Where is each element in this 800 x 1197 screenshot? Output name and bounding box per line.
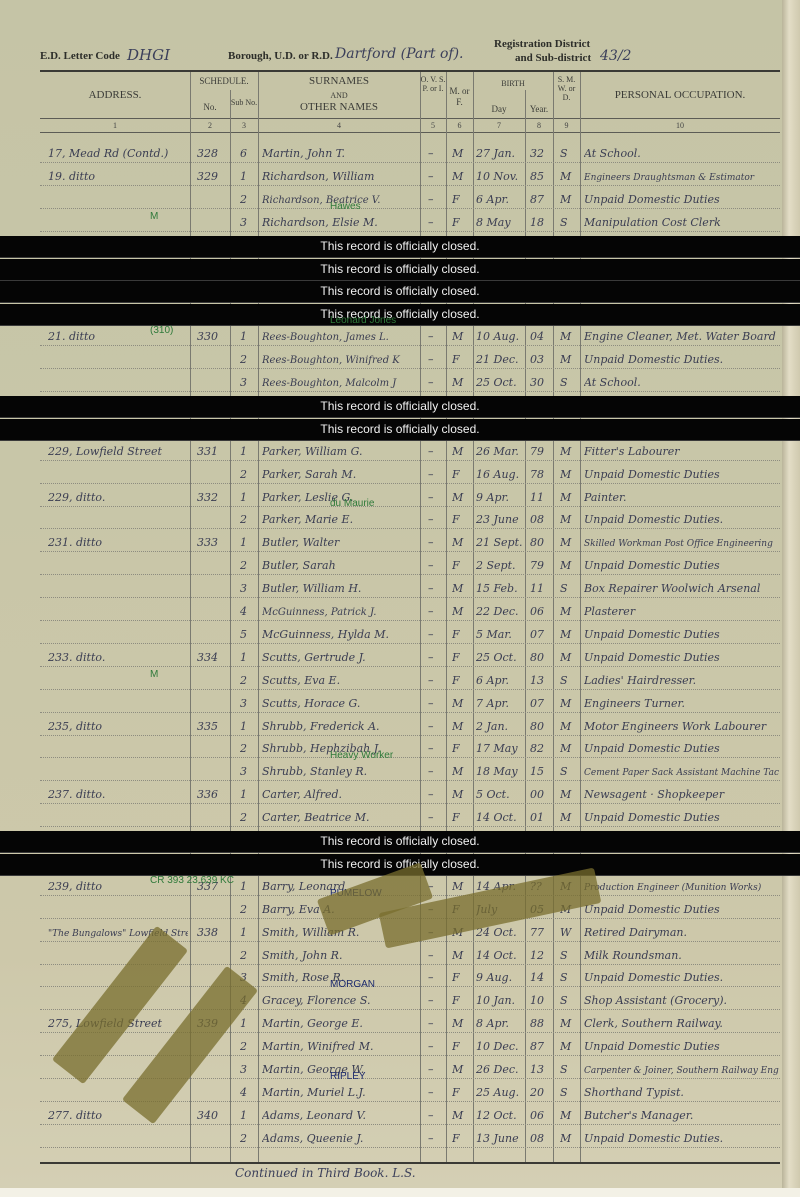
cell-ovspi: – [428, 994, 442, 1007]
cell-name: Parker, William G. [262, 445, 418, 458]
cell-birth-year: 20 [530, 1086, 552, 1099]
cell-birth-day: 9 Apr. [476, 491, 524, 504]
cell-name: Adams, Leonard V. [262, 1109, 418, 1122]
cell-sex: M [452, 582, 470, 595]
cell-birth-day: 10 Jan. [476, 994, 524, 1007]
cell-birth-year: 80 [530, 720, 552, 733]
cell-address: 229, ditto. [48, 491, 188, 504]
census-row: 235, ditto3351Shrubb, Frederick A.–M2 Ja… [40, 713, 780, 736]
cell-marital: S [560, 147, 578, 160]
cell-birth-day: 21 Sept. [476, 536, 524, 549]
cell-ovspi: – [428, 1040, 442, 1053]
cell-marital: S [560, 971, 578, 984]
cell-sub-no: 4 [240, 1086, 256, 1099]
census-row: 2Martin, Winifred M.–F10 Dec.87MUnpaid D… [40, 1033, 780, 1056]
census-row: 17, Mead Rd (Contd.)3286Martin, John T.–… [40, 140, 780, 163]
cell-marital: M [560, 330, 578, 343]
cell-sex: M [452, 880, 470, 893]
cell-sex: M [452, 720, 470, 733]
cell-birth-day: 17 May [476, 742, 524, 755]
cell-birth-year: 80 [530, 536, 552, 549]
census-row: 3Butler, William H.–M15 Feb.11SBox Repai… [40, 575, 780, 598]
column-header-sub-no: Sub No. [230, 97, 258, 108]
cell-sub-no: 2 [240, 353, 256, 366]
cell-name: Parker, Marie E. [262, 513, 418, 526]
cell-birth-year: 11 [530, 491, 552, 504]
census-row: 237. ditto.3361Carter, Alfred.–M5 Oct.00… [40, 781, 780, 804]
cell-marital: S [560, 765, 578, 778]
cell-ovspi: – [428, 765, 442, 778]
cell-occupation: Shop Assistant (Grocery). [584, 994, 779, 1007]
cell-sex: F [452, 674, 470, 687]
cell-ovspi: – [428, 651, 442, 664]
cell-address: 231. ditto [48, 536, 188, 549]
census-row: 2Parker, Sarah M.–F16 Aug.78MUnpaid Dome… [40, 461, 780, 484]
closed-record-banner: This record is officially closed. [0, 281, 800, 303]
cell-name: Carter, Alfred. [262, 788, 418, 801]
cell-sub-no: 2 [240, 193, 256, 206]
cell-birth-year: 79 [530, 559, 552, 572]
cell-occupation: Unpaid Domestic Duties [584, 468, 779, 481]
cell-schedule-no: 333 [197, 536, 229, 549]
cell-sub-no: 4 [240, 605, 256, 618]
cell-name: Adams, Queenie J. [262, 1132, 418, 1145]
cell-sex: M [452, 536, 470, 549]
cell-occupation: At School. [584, 376, 779, 389]
cell-birth-day: 2 Jan. [476, 720, 524, 733]
cell-birth-year: 12 [530, 949, 552, 962]
cell-sex: F [452, 971, 470, 984]
cell-ovspi: – [428, 628, 442, 641]
cell-birth-year: 87 [530, 1040, 552, 1053]
cell-birth-day: 23 June [476, 513, 524, 526]
census-row: 5McGuinness, Hylda M.–F5 Mar.07MUnpaid D… [40, 621, 780, 644]
cell-sex: F [452, 628, 470, 641]
cell-birth-day: 13 June [476, 1132, 524, 1145]
borough-value: Dartford (Part of). [335, 46, 464, 62]
cell-sex: F [452, 742, 470, 755]
cell-sub-no: 2 [240, 468, 256, 481]
cell-sex: M [452, 1109, 470, 1122]
cell-sex: M [452, 170, 470, 183]
cell-occupation: Fitter's Labourer [584, 445, 779, 458]
census-row: 3Rees-Boughton, Malcolm J–M25 Oct.30SAt … [40, 369, 780, 392]
cell-birth-year: 80 [530, 651, 552, 664]
census-row: 2Shrubb, Hephzibah J.–F17 May82MUnpaid D… [40, 735, 780, 758]
cell-sub-no: 2 [240, 811, 256, 824]
cell-sex: M [452, 376, 470, 389]
footer-note: Continued in Third Book. L.S. [235, 1166, 416, 1180]
census-row: 275, Lowfield Street3391Martin, George E… [40, 1010, 780, 1033]
page-edge [782, 0, 800, 1197]
census-row: 229, Lowfield Street3311Parker, William … [40, 438, 780, 461]
cell-birth-year: 07 [530, 697, 552, 710]
cell-ovspi: – [428, 559, 442, 572]
cell-sub-no: 1 [240, 1109, 256, 1122]
cell-sex: M [452, 147, 470, 160]
cell-name: Butler, Walter [262, 536, 418, 549]
cell-occupation: Unpaid Domestic Duties [584, 651, 779, 664]
cell-ovspi: – [428, 605, 442, 618]
cell-birth-year: 77 [530, 926, 552, 939]
cell-marital: S [560, 1063, 578, 1076]
cell-birth-year: 82 [530, 742, 552, 755]
cell-birth-year: 13 [530, 674, 552, 687]
cell-ovspi: – [428, 811, 442, 824]
column-number-rule [40, 132, 780, 133]
cell-ovspi: – [428, 513, 442, 526]
cell-birth-day: 2 Sept. [476, 559, 524, 572]
cell-sub-no: 1 [240, 651, 256, 664]
cell-marital: M [560, 559, 578, 572]
cell-sex: F [452, 994, 470, 1007]
cell-address: 17, Mead Rd (Contd.) [48, 147, 188, 160]
cell-marital: M [560, 1109, 578, 1122]
cell-sub-no: 1 [240, 491, 256, 504]
cell-address: 233. ditto. [48, 651, 188, 664]
name-correction-annotation: Hawes [330, 201, 361, 212]
margin-annotation: CR 393 23.639 KC [150, 875, 234, 886]
cell-occupation: Newsagent · Shopkeeper [584, 788, 779, 801]
column-number: 10 [580, 121, 780, 130]
cell-marital: M [560, 445, 578, 458]
cell-ovspi: – [428, 216, 442, 229]
cell-ovspi: – [428, 1017, 442, 1030]
cell-marital: M [560, 170, 578, 183]
cell-occupation: Unpaid Domestic Duties. [584, 513, 779, 526]
cell-birth-day: 18 May [476, 765, 524, 778]
cell-ovspi: – [428, 1132, 442, 1145]
cell-name: Martin, Muriel L.J. [262, 1086, 418, 1099]
cell-birth-year: 88 [530, 1017, 552, 1030]
cell-sub-no: 2 [240, 949, 256, 962]
column-number: 2 [190, 121, 230, 130]
census-row: 4McGuinness, Patrick J.–M22 Dec.06MPlast… [40, 598, 780, 621]
cell-marital: W [560, 926, 578, 939]
census-row: 19. ditto3291Richardson, William–M10 Nov… [40, 163, 780, 186]
cell-birth-day: 16 Aug. [476, 468, 524, 481]
cell-birth-year: 08 [530, 1132, 552, 1145]
cell-occupation: Unpaid Domestic Duties. [584, 971, 779, 984]
cell-ovspi: – [428, 445, 442, 458]
cell-ovspi: – [428, 468, 442, 481]
cell-marital: M [560, 1017, 578, 1030]
closed-record-banner: This record is officially closed. [0, 831, 800, 853]
cell-birth-day: 25 Oct. [476, 376, 524, 389]
cell-name: Shrubb, Stanley R. [262, 765, 418, 778]
cell-occupation: Unpaid Domestic Duties. [584, 1132, 779, 1145]
cell-schedule-no: 328 [197, 147, 229, 160]
cell-birth-day: 12 Oct. [476, 1109, 524, 1122]
cell-marital: S [560, 376, 578, 389]
column-number: 7 [473, 121, 525, 130]
cell-ovspi: – [428, 353, 442, 366]
cell-name: Martin, John T. [262, 147, 418, 160]
column-number: 3 [230, 121, 258, 130]
cell-occupation: Engineers Draughtsman & Estimator [584, 173, 779, 183]
cell-name: Rees-Boughton, Malcolm J [262, 378, 418, 389]
cell-birth-year: 11 [530, 582, 552, 595]
cell-ovspi: – [428, 1086, 442, 1099]
cell-birth-day: 8 Apr. [476, 1017, 524, 1030]
cell-name: Martin, Winifred M. [262, 1040, 418, 1053]
page-bottom-edge [0, 1188, 800, 1197]
cell-marital: M [560, 628, 578, 641]
cell-sex: M [452, 1017, 470, 1030]
cell-birth-day: 14 Oct. [476, 949, 524, 962]
footer-rule [40, 1162, 780, 1164]
cell-birth-year: 79 [530, 445, 552, 458]
cell-sex: M [452, 949, 470, 962]
name-correction-annotation: Heavy Worker [330, 750, 393, 761]
cell-sex: F [452, 1086, 470, 1099]
margin-annotation: (310) [150, 325, 173, 336]
cell-schedule-no: 329 [197, 170, 229, 183]
cell-birth-day: 15 Feb. [476, 582, 524, 595]
ed-letter-code-label: E.D. Letter Code [40, 50, 120, 62]
cell-name: Parker, Sarah M. [262, 468, 418, 481]
cell-sex: F [452, 193, 470, 206]
cell-sex: F [452, 811, 470, 824]
cell-marital: S [560, 674, 578, 687]
cell-birth-day: 26 Dec. [476, 1063, 524, 1076]
cell-marital: S [560, 949, 578, 962]
cell-name: Martin, George E. [262, 1017, 418, 1030]
cell-marital: S [560, 216, 578, 229]
cell-birth-year: 00 [530, 788, 552, 801]
cell-birth-year: 06 [530, 605, 552, 618]
census-row: 3Scutts, Horace G.–M7 Apr.07MEngineers T… [40, 690, 780, 713]
margin-annotation: M [150, 669, 158, 680]
cell-marital: M [560, 697, 578, 710]
cell-ovspi: – [428, 788, 442, 801]
cell-sub-no: 3 [240, 1063, 256, 1076]
cell-address: 19. ditto [48, 170, 188, 183]
column-number: 5 [420, 121, 446, 130]
cell-schedule-no: 335 [197, 720, 229, 733]
cell-ovspi: – [428, 720, 442, 733]
cell-birth-year: 04 [530, 330, 552, 343]
cell-sub-no: 1 [240, 330, 256, 343]
cell-birth-year: 85 [530, 170, 552, 183]
cell-marital: M [560, 536, 578, 549]
cell-ovspi: – [428, 1109, 442, 1122]
cell-sex: M [452, 765, 470, 778]
cell-name: Gracey, Florence S. [262, 994, 418, 1007]
cell-marital: M [560, 468, 578, 481]
cell-schedule-no: 336 [197, 788, 229, 801]
cell-marital: S [560, 1086, 578, 1099]
cell-name: McGuinness, Patrick J. [262, 607, 418, 618]
cell-sex: M [452, 330, 470, 343]
cell-ovspi: – [428, 949, 442, 962]
cell-birth-year: 01 [530, 811, 552, 824]
cell-marital: M [560, 491, 578, 504]
cell-birth-year: 08 [530, 513, 552, 526]
cell-name: Scutts, Gertrude J. [262, 651, 418, 664]
cell-sex: F [452, 513, 470, 526]
cell-marital: M [560, 651, 578, 664]
cell-sub-no: 1 [240, 926, 256, 939]
cell-ovspi: – [428, 971, 442, 984]
column-number: 9 [553, 121, 580, 130]
column-header-ovspi: O. V. S. P. or I. [420, 75, 446, 93]
registration-label-1: Registration District [494, 38, 590, 50]
cell-schedule-no: 334 [197, 651, 229, 664]
cell-ovspi: – [428, 742, 442, 755]
cell-marital: M [560, 742, 578, 755]
cell-address: 277. ditto [48, 1109, 188, 1122]
cell-sex: M [452, 605, 470, 618]
cell-occupation: Engineers Turner. [584, 697, 779, 710]
cell-birth-year: 06 [530, 1109, 552, 1122]
cell-name: Butler, William H. [262, 582, 418, 595]
name-correction-annotation: MORGAN [330, 979, 375, 990]
cell-birth-day: 6 Apr. [476, 193, 524, 206]
cell-sex: F [452, 468, 470, 481]
cell-occupation: Motor Engineers Work Labourer [584, 720, 779, 733]
name-correction-annotation: du Maurie [330, 498, 374, 509]
cell-birth-day: 14 Oct. [476, 811, 524, 824]
cell-ovspi: – [428, 376, 442, 389]
cell-sex: F [452, 559, 470, 572]
cell-ovspi: – [428, 147, 442, 160]
census-row: 231. ditto3331Butler, Walter–M21 Sept.80… [40, 529, 780, 552]
column-number: 8 [525, 121, 553, 130]
cell-sex: F [452, 1132, 470, 1145]
cell-birth-year: 10 [530, 994, 552, 1007]
cell-birth-year: 87 [530, 193, 552, 206]
census-row: 21. ditto3301Rees-Boughton, James L.–M10… [40, 323, 780, 346]
cell-birth-year: 13 [530, 1063, 552, 1076]
header-rule [40, 70, 780, 72]
column-header-birth: BIRTH [473, 78, 553, 89]
census-row: 2Adams, Queenie J.–F13 June08MUnpaid Dom… [40, 1125, 780, 1148]
cell-occupation: Cement Paper Sack Assistant Machine Tack… [584, 768, 779, 778]
column-header-sex: M. or F. [446, 86, 473, 108]
cell-sub-no: 2 [240, 903, 256, 916]
census-row: 2Butler, Sarah–F2 Sept.79MUnpaid Domesti… [40, 552, 780, 575]
cell-sub-no: 1 [240, 170, 256, 183]
cell-address: 235, ditto [48, 720, 188, 733]
cell-ovspi: – [428, 491, 442, 504]
column-header-schedule-no: No. [190, 102, 230, 113]
cell-name: Scutts, Eva E. [262, 674, 418, 687]
cell-marital: M [560, 788, 578, 801]
cell-occupation: Box Repairer Woolwich Arsenal [584, 582, 779, 595]
closed-record-banner: This record is officially closed. [0, 259, 800, 281]
census-row: 229, ditto.3321Parker, Leslie G.–M9 Apr.… [40, 484, 780, 507]
census-row: 233. ditto.3341Scutts, Gertrude J.–F25 O… [40, 644, 780, 667]
name-correction-annotation: RIPLEY [330, 1071, 366, 1082]
cell-birth-year: 15 [530, 765, 552, 778]
cell-address: 237. ditto. [48, 788, 188, 801]
closed-record-banner: This record is officially closed. [0, 396, 800, 418]
cell-name: Smith, John R. [262, 949, 418, 962]
column-number: 6 [446, 121, 473, 130]
cell-sub-no: 2 [240, 1040, 256, 1053]
cell-sex: M [452, 788, 470, 801]
census-row: 2Carter, Beatrice M.–F14 Oct.01MUnpaid D… [40, 804, 780, 827]
cell-occupation: Unpaid Domestic Duties. [584, 353, 779, 366]
cell-ovspi: – [428, 582, 442, 595]
registration-value: 43/2 [600, 48, 631, 64]
column-number: 1 [40, 121, 190, 130]
cell-birth-year: 14 [530, 971, 552, 984]
census-row: 2Richardson, Beatrice V.–F6 Apr.87MUnpai… [40, 186, 780, 209]
cell-birth-day: 7 Apr. [476, 697, 524, 710]
cell-birth-year: 78 [530, 468, 552, 481]
cell-sub-no: 1 [240, 880, 256, 893]
cell-sub-no: 2 [240, 742, 256, 755]
cell-sex: F [452, 1040, 470, 1053]
cell-sex: M [452, 1063, 470, 1076]
cell-ovspi: – [428, 193, 442, 206]
cell-birth-day: 25 Aug. [476, 1086, 524, 1099]
column-header-address: ADDRESS. [40, 90, 190, 101]
cell-sub-no: 2 [240, 674, 256, 687]
cell-occupation: Retired Dairyman. [584, 926, 779, 939]
cell-sub-no: 3 [240, 376, 256, 389]
cell-marital: M [560, 605, 578, 618]
cell-schedule-no: 331 [197, 445, 229, 458]
cell-birth-year: 30 [530, 376, 552, 389]
cell-marital: M [560, 1040, 578, 1053]
cell-birth-day: 10 Aug. [476, 330, 524, 343]
cell-occupation: Carpenter & Joiner, Southern Railway Eng… [584, 1066, 779, 1076]
cell-birth-day: 27 Jan. [476, 147, 524, 160]
column-header-rule [40, 118, 780, 119]
cell-name: Carter, Beatrice M. [262, 811, 418, 824]
cell-sub-no: 1 [240, 720, 256, 733]
cell-occupation: Clerk, Southern Railway. [584, 1017, 779, 1030]
cell-birth-day: 9 Aug. [476, 971, 524, 984]
cell-sub-no: 2 [240, 1132, 256, 1145]
cell-sub-no: 2 [240, 559, 256, 572]
cell-sub-no: 1 [240, 1017, 256, 1030]
column-number: 4 [258, 121, 420, 130]
cell-birth-year: 03 [530, 353, 552, 366]
cell-occupation: Unpaid Domestic Duties [584, 742, 779, 755]
cell-occupation: Manipulation Cost Clerk [584, 216, 779, 229]
cell-occupation: Unpaid Domestic Duties [584, 903, 779, 916]
cell-sub-no: 3 [240, 765, 256, 778]
cell-sub-no: 3 [240, 582, 256, 595]
cell-sub-no: 2 [240, 513, 256, 526]
cell-sub-no: 5 [240, 628, 256, 641]
cell-ovspi: – [428, 674, 442, 687]
cell-ovspi: – [428, 536, 442, 549]
cell-sex: F [452, 216, 470, 229]
cell-birth-day: 5 Oct. [476, 788, 524, 801]
cell-marital: M [560, 513, 578, 526]
cell-name: Richardson, Elsie M. [262, 216, 418, 229]
cell-occupation: Unpaid Domestic Duties [584, 811, 779, 824]
cell-occupation: Unpaid Domestic Duties [584, 193, 779, 206]
cell-occupation: At School. [584, 147, 779, 160]
cell-occupation: Engine Cleaner, Met. Water Board [584, 330, 779, 343]
cell-birth-year: 32 [530, 147, 552, 160]
cell-occupation: Ladies' Hairdresser. [584, 674, 779, 687]
cell-sub-no: 6 [240, 147, 256, 160]
cell-birth-day: 22 Dec. [476, 605, 524, 618]
cell-occupation: Painter. [584, 491, 779, 504]
cell-marital: M [560, 193, 578, 206]
cell-schedule-no: 330 [197, 330, 229, 343]
cell-ovspi: – [428, 330, 442, 343]
cell-occupation: Unpaid Domestic Duties [584, 559, 779, 572]
cell-marital: S [560, 994, 578, 1007]
